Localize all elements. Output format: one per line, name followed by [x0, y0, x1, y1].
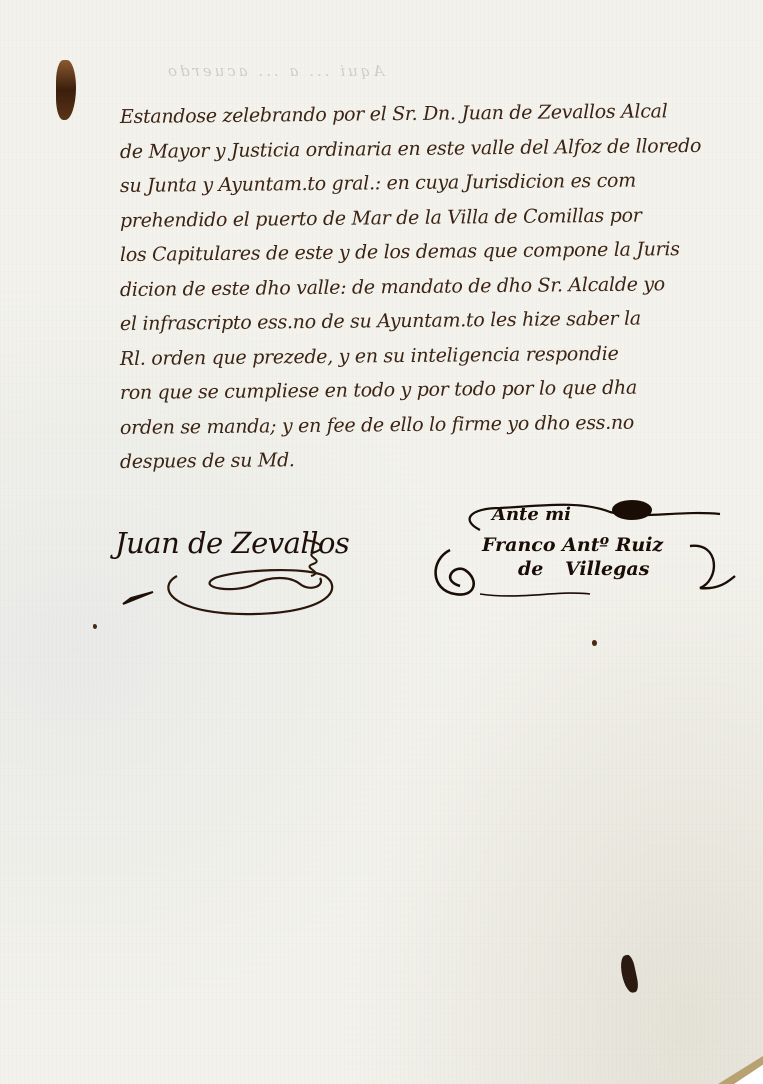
text-line-3: su Junta y Ayuntam.to gral.: en cuya Jur… — [120, 163, 740, 204]
ink-stain — [56, 60, 76, 120]
text-line-1: Estandose zelebrando por el Sr. Dn. Juan… — [120, 94, 740, 135]
signature-line-surname: Villegas — [565, 558, 649, 580]
signature-line-name: Franco Antº Ruiz — [482, 534, 663, 556]
manuscript-body: Estandose zelebrando por el Sr. Dn. Juan… — [120, 100, 740, 480]
bleed-through-text: Aqui ... a ... acuerdo — [165, 62, 384, 80]
text-line-5: los Capitulares de este y de los demas q… — [120, 232, 740, 273]
text-line-9: ron que se cumpliese en todo y por todo … — [120, 370, 740, 411]
ink-speck — [592, 640, 597, 646]
signature-name: Juan de Zevallos — [115, 526, 349, 560]
folded-corner — [718, 1056, 763, 1084]
ink-stain — [618, 954, 640, 994]
manuscript-page: Aqui ... a ... acuerdo Estandose zelebra… — [0, 0, 763, 1084]
signature-juan-de-zevallos: Juan de Zevallos — [115, 518, 345, 618]
ink-speck — [93, 624, 97, 629]
signature-notary: Ante mi Franco Antº Ruiz de Villegas — [420, 490, 740, 610]
signature-line-de: de — [518, 558, 543, 580]
text-line-7: el infrascripto ess.no de su Ayuntam.to … — [120, 301, 740, 342]
signature-line-ante-mi: Ante mi — [492, 504, 571, 525]
text-line-11: despues de su Md. — [120, 439, 740, 480]
